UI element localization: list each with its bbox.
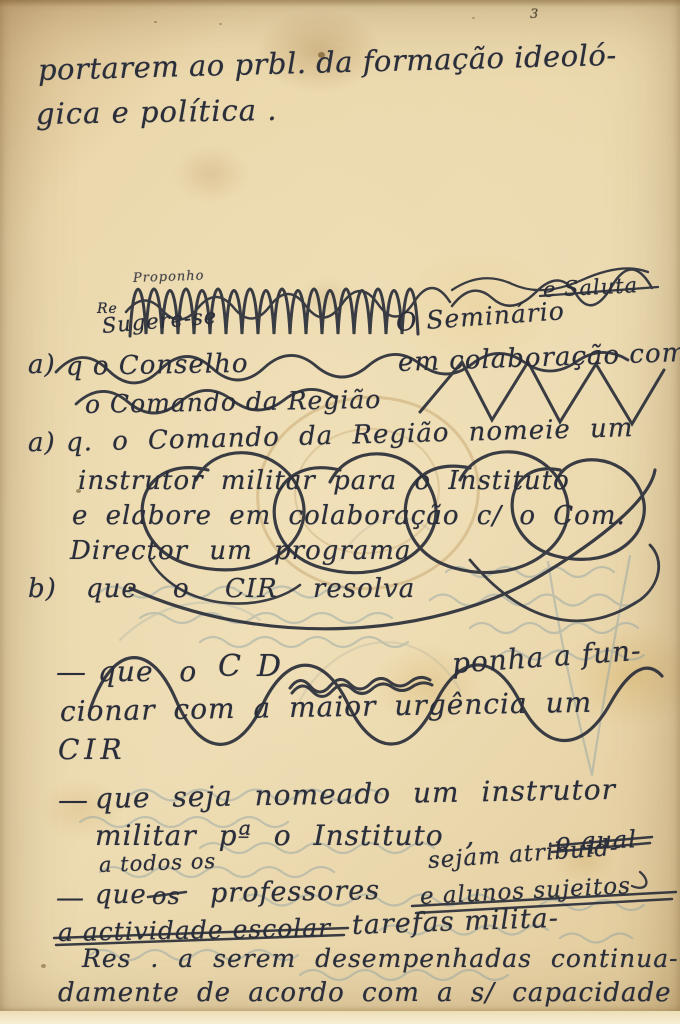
dash2-line2a: militar pª o Instituto ,	[95, 822, 475, 850]
dash3-line2a: a actividade escolar	[58, 915, 332, 945]
paper-top-edge	[0, 0, 680, 7]
dash3-marker: —	[56, 884, 85, 912]
item-a1-line1a: q o Conselho	[66, 351, 249, 380]
paper-stain-specks	[318, 52, 325, 58]
dash1-line1c: ponha a fun-	[451, 637, 642, 678]
dash2-insert-left: a todos os	[99, 851, 217, 876]
item-a1-marker: a)	[28, 352, 56, 378]
dash3-line1b: os	[152, 884, 181, 908]
dash1-marker: —	[56, 658, 87, 688]
item-a1-line2: o Comando da Região	[85, 387, 382, 417]
item-a2-marker: a)	[28, 430, 56, 456]
manuscript-page: 3 portarem ao prbl. da formação ideoló- …	[0, 0, 680, 1024]
dash1-line2: cionar com a maior urgência um	[60, 689, 593, 726]
scribbled-fragment-left: Proponho	[133, 270, 205, 285]
word-o-seminario: O Seminário	[395, 298, 565, 335]
item-b-text: que o CIR resolva	[86, 576, 415, 602]
item-a2-line2: instrutor militar para o Instituto	[78, 468, 570, 494]
dash3-line3: Res . a serem desempenhadas continua-	[82, 946, 679, 971]
page-corner-mark: 3	[530, 8, 539, 21]
item-b-marker: b)	[28, 576, 57, 602]
dash1-line1b: CD	[218, 652, 297, 682]
dash3-line1c: professores	[210, 877, 381, 907]
paragraph-top-line2: gica e política .	[36, 96, 278, 129]
item-a2-line3: e elabore em colaboração c/ o Com.	[72, 503, 626, 529]
item-a2-line1: q. o Comando da Região nomeie um	[66, 415, 634, 456]
item-a1-line1b: em colaboração com	[398, 340, 680, 376]
dash1-line3: CIR	[58, 736, 127, 764]
paragraph-top-line1: portarem ao prbl. da formação ideoló-	[38, 41, 617, 85]
dash3-line1a: que	[95, 882, 147, 908]
word-sugerese: Sugere-se	[101, 306, 218, 337]
dash2-marker: —	[58, 786, 89, 816]
dash2-line1: que seja nomeado um instrutor	[95, 776, 616, 813]
item-a2-line4: Director um programa	[70, 538, 411, 564]
dash1-line1a: que o	[98, 658, 197, 686]
dash3-line2b: tarefas milita-	[352, 905, 560, 939]
dash3-line4: damente de acordo com a s/ capacidade	[58, 980, 672, 1006]
paper-bottom-edge	[0, 1011, 680, 1024]
